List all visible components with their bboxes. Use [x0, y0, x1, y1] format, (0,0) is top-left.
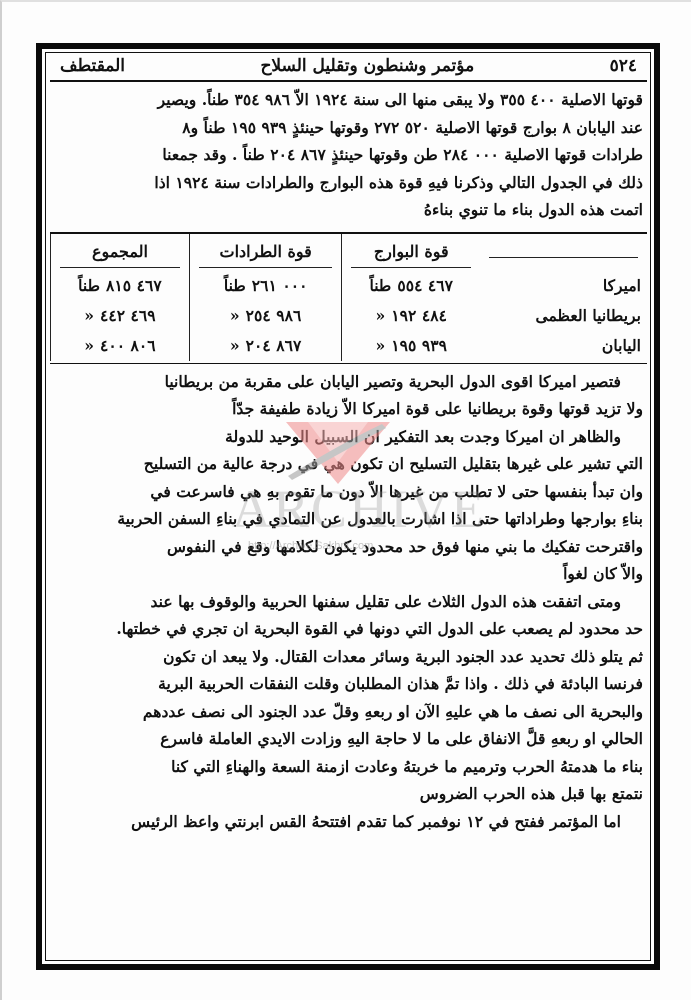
paragraph-disarmament-effects: ومتى اتفقت هذه الدول الثلاث على تقليل سف… — [50, 588, 647, 808]
text-line: ثم يتلو ذلك تحديد عدد الجنود البرية وسائ… — [50, 643, 647, 671]
text-line: اتمت هذه الدول بناء ما تنوي بناءهُ — [50, 196, 647, 224]
table-row: بريطانيا العظمى ٤٨٤ ١٩٢« ٩٨٦ ٢٥٤« ٤٦٩ ٤٤… — [51, 301, 648, 331]
header-total: المجموع — [51, 234, 190, 271]
page-content: ٥٢٤ مؤتمر وشنطون وتقليل السلاح المقتطف ق… — [50, 52, 647, 835]
text-line: التي تشير على غيرها بتقليل التسليح ان تك… — [50, 450, 647, 478]
table-row: اليابان ٩٣٩ ١٩٥« ٨٦٧ ٢٠٤« ٨٠٦ ٤٠٠« — [51, 331, 648, 361]
text-line: حد محدود لم يصعب على الدول التي دونها في… — [50, 615, 647, 643]
intro-paragraph: قوتها الاصلية ٤٠٠ ٣٥٥ ولا يبقى منها الى … — [50, 86, 647, 224]
text-line: والاّ كان لغواً — [50, 560, 647, 588]
header-battleships: قوة البوارج — [342, 234, 480, 271]
header-cruisers: قوة الطرادات — [189, 234, 342, 271]
text-line: واقترحت تفكيك ما بني منها فوق حد محدود ي… — [50, 533, 647, 561]
text-line: فرنسا البادئة في ذلك . واذا تمَّ هذان ال… — [50, 670, 647, 698]
journal-name: المقتطف — [60, 56, 125, 76]
country-cell: اليابان — [480, 331, 647, 361]
cruisers-cell: ٠٠٠ ٢٦١طناً — [189, 271, 342, 301]
text-line: والبحرية الى نصف ما هي عليهِ الآن او ربع… — [50, 698, 647, 726]
country-cell: اميركا — [480, 271, 647, 301]
text-line: والظاهر ان اميركا وجدت بعد التفكير ان ال… — [50, 423, 647, 451]
paragraph-american-policy: والظاهر ان اميركا وجدت بعد التفكير ان ال… — [50, 423, 647, 588]
text-line: بناء ما هدمتهُ الحرب وترميم ما خربتهُ وع… — [50, 753, 647, 781]
battleships-cell: ٤٦٧ ٥٥٤طناً — [342, 271, 480, 301]
running-header: ٥٢٤ مؤتمر وشنطون وتقليل السلاح المقتطف — [50, 52, 647, 82]
text-line: ذلك في الجدول التالي وذكرنا فيهِ قوة هذه… — [50, 169, 647, 197]
text-line: ومتى اتفقت هذه الدول الثلاث على تقليل سف… — [50, 588, 647, 616]
table-row: اميركا ٤٦٧ ٥٥٤طناً ٠٠٠ ٢٦١طناً ٤٦٧ ٨١٥طن… — [51, 271, 648, 301]
total-cell: ٤٦٧ ٨١٥طناً — [51, 271, 190, 301]
country-cell: بريطانيا العظمى — [480, 301, 647, 331]
text-line: طرادات قوتها الاصلية ٠٠٠ ٢٨٤ طن وقوتها ح… — [50, 141, 647, 169]
text-line: وان تبدأ بنفسها حتى لا تطلب من غيرها الا… — [50, 478, 647, 506]
table-header-row: قوة البوارج قوة الطرادات المجموع — [51, 234, 648, 271]
text-line: قوتها الاصلية ٤٠٠ ٣٥٥ ولا يبقى منها الى … — [50, 86, 647, 114]
text-line: ولا تزيد قوتها وقوة بريطانيا على قوة امي… — [50, 395, 647, 423]
naval-strength-table: قوة البوارج قوة الطرادات المجموع اميركا … — [50, 232, 647, 364]
cruisers-cell: ٨٦٧ ٢٠٤« — [189, 331, 342, 361]
paragraph-naval-ranking: فتصير اميركا اقوى الدول البحرية وتصير ال… — [50, 368, 647, 423]
battleships-cell: ٤٨٤ ١٩٢« — [342, 301, 480, 331]
text-line: فتصير اميركا اقوى الدول البحرية وتصير ال… — [50, 368, 647, 396]
header-country — [480, 234, 647, 271]
total-cell: ٨٠٦ ٤٠٠« — [51, 331, 190, 361]
cruisers-cell: ٩٨٦ ٢٥٤« — [189, 301, 342, 331]
battleships-cell: ٩٣٩ ١٩٥« — [342, 331, 480, 361]
text-line: نتمتع بها قبل هذه الحرب الضروس — [50, 780, 647, 808]
paragraph-conference-opening: اما المؤتمر ففتح في ١٢ نوفمبر كما تقدم ا… — [50, 808, 647, 836]
text-line: بناءِ بوارجها وطراداتها حتى اذا اشارت با… — [50, 505, 647, 533]
text-line: اما المؤتمر ففتح في ١٢ نوفمبر كما تقدم ا… — [50, 808, 647, 836]
page-number: ٥٢٤ — [610, 56, 637, 76]
text-line: الحالي او ربعهِ قلَّ الانفاق على ما لا ح… — [50, 725, 647, 753]
article-title: مؤتمر وشنطون وتقليل السلاح — [260, 56, 474, 76]
total-cell: ٤٦٩ ٤٤٢« — [51, 301, 190, 331]
text-line: عند اليابان ٨ بوارج قوتها الاصلية ٥٢٠ ٢٧… — [50, 114, 647, 142]
